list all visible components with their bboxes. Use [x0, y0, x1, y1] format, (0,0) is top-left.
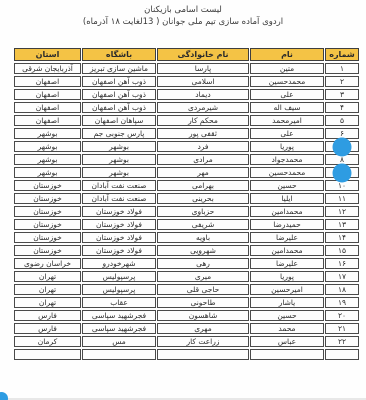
- cell-text: ۱۵: [338, 246, 346, 255]
- cell-surname: حاجی قلی: [157, 284, 249, 295]
- cell-number: ۱۷: [325, 271, 359, 282]
- cell-text: فولاد خوزستان: [96, 207, 142, 216]
- table-row: ۲۰حسینشاهسونفجرشهید سپاسیفارس: [14, 310, 359, 321]
- cell-text: خراسان رضوی: [24, 259, 71, 268]
- cell-surname: پارسا: [157, 63, 249, 74]
- cell-name: امیرمحمد: [250, 115, 324, 126]
- cell-text: باویه: [196, 233, 210, 242]
- cell-surname: میری: [157, 271, 249, 282]
- table-row: ۱۹یاشارطاحونیعقابتهران: [14, 297, 359, 308]
- cell-surname: محکم کار: [157, 115, 249, 126]
- cell-surname: زراعت کار: [157, 336, 249, 347]
- cell-club: [82, 349, 156, 360]
- cell-number: ۲: [325, 76, 359, 87]
- cell-text: خوزستان: [33, 207, 61, 216]
- cell-name: حسین: [250, 310, 324, 321]
- cell-text: اصفهان: [36, 103, 60, 112]
- table-row: ۱متینپارساماشین سازی تبریزآذربایجان شرقی: [14, 63, 359, 74]
- cell-text: بهرامی: [192, 181, 214, 190]
- table-row: ۳علیدیمادذوب آهن اصفهاناصفهان: [14, 89, 359, 100]
- cell-text: ۲: [340, 77, 344, 86]
- cell-number: ۲۰: [325, 310, 359, 321]
- cell-text: رهی: [196, 259, 210, 268]
- col-header-province: استان: [14, 48, 81, 61]
- cell-text: مرادی: [193, 155, 212, 164]
- cell-text: محمد: [278, 324, 295, 333]
- title-line-2: اردوی آماده سازی تیم ملی جوانان ( 13لغای…: [0, 17, 366, 29]
- table-row: ۵امیرمحمدمحکم کارسپاهان اصفهاناصفهان: [14, 115, 359, 126]
- cell-text: فولاد خوزستان: [96, 246, 142, 255]
- cell-text: ۱۳: [338, 220, 346, 229]
- cell-province: تهران: [14, 297, 81, 308]
- cell-name: علی: [250, 89, 324, 100]
- cell-text: پرسپولیس: [103, 272, 136, 281]
- cell-text: سیف اله: [273, 103, 300, 112]
- cell-text: تهران: [39, 285, 56, 294]
- cell-surname: مرادی: [157, 154, 249, 165]
- cell-text: ایلیا: [281, 194, 292, 203]
- cell-text: شریفی: [192, 220, 215, 229]
- cell-club: سپاهان اصفهان: [82, 115, 156, 126]
- cell-province: خوزستان: [14, 193, 81, 204]
- cell-text: فارس: [38, 311, 57, 320]
- cell-text: علیرضا: [276, 259, 298, 268]
- cell-club: فولاد خوزستان: [82, 206, 156, 217]
- cell-province: آذربایجان شرقی: [14, 63, 81, 74]
- cell-text: امیرحسین: [271, 285, 303, 294]
- cell-text: حاجی قلی: [187, 285, 220, 294]
- cell-text: حسین: [277, 311, 296, 320]
- cell-club: ماشین سازی تبریز: [82, 63, 156, 74]
- cell-text: عباس: [278, 337, 296, 346]
- cell-number: ۱۱: [325, 193, 359, 204]
- cell-number: ۳: [325, 89, 359, 100]
- cell-club: ذوب آهن اصفهان: [82, 76, 156, 87]
- cell-text: صنعت نفت آبادان: [91, 194, 146, 203]
- cell-text: محمدامین: [271, 246, 302, 255]
- cell-text: بوشهر: [38, 142, 58, 151]
- cell-text: خوزستان: [33, 181, 61, 190]
- cell-number: ۱۴: [325, 232, 359, 243]
- cell-name: حمیدرضا: [250, 219, 324, 230]
- cell-surname: شریفی: [157, 219, 249, 230]
- cell-number: ۱۳: [325, 219, 359, 230]
- cell-name: ایلیا: [250, 193, 324, 204]
- cell-text: ۲۱: [338, 324, 346, 333]
- cell-text: شیرمردی: [188, 103, 218, 112]
- cell-number: ۱۹: [325, 297, 359, 308]
- cell-text: فجرشهید سپاسی: [92, 311, 146, 320]
- cell-text: ۱۹: [338, 298, 346, 307]
- col-header-club: باشگاه: [82, 48, 156, 61]
- redaction-dot: [333, 163, 352, 182]
- cell-text: صنعت نفت آبادان: [91, 181, 146, 190]
- cell-text: حمیدرضا: [273, 220, 300, 229]
- cell-text: بحرینی: [192, 194, 214, 203]
- cell-text: ثقفی پور: [189, 129, 217, 138]
- cell-text: حسین: [277, 181, 296, 190]
- table-header-row: شماره نام نام خانوادگی باشگاه استان: [14, 48, 359, 61]
- cell-text: بوشهر: [109, 142, 129, 151]
- cell-club: ذوب آهن اصفهان: [82, 102, 156, 113]
- cell-surname: رهی: [157, 258, 249, 269]
- cell-number: ۱۲: [325, 206, 359, 217]
- cell-surname: فرد: [157, 141, 249, 152]
- cell-name: پوریا: [250, 141, 324, 152]
- cell-text: محکم کار: [188, 116, 218, 125]
- cell-text: ۱۶: [338, 259, 346, 268]
- cell-name: متین: [250, 63, 324, 74]
- cell-text: خوزستان: [33, 233, 61, 242]
- cell-text: حزباوی: [192, 207, 215, 216]
- col-header-number: شماره: [325, 48, 359, 61]
- cell-text: فارس: [38, 324, 57, 333]
- cell-text: ۲۲: [338, 337, 346, 346]
- cell-province: کرمان: [14, 336, 81, 347]
- cell-text: پارس جنوبی جم: [94, 129, 145, 138]
- table-row: ۱۲محمدامینحزباویفولاد خوزستانخوزستان: [14, 206, 359, 217]
- cell-text: ۱۲: [338, 207, 346, 216]
- cell-text: کرمان: [38, 337, 58, 346]
- cell-club: بوشهر: [82, 154, 156, 165]
- cell-text: خوزستان: [33, 220, 61, 229]
- cell-name: عباس: [250, 336, 324, 347]
- cell-text: سپاهان اصفهان: [95, 116, 143, 125]
- cell-name: علی: [250, 128, 324, 139]
- cell-province: تهران: [14, 284, 81, 295]
- cell-text: مهر: [197, 168, 209, 177]
- table-row: [14, 349, 359, 360]
- cell-province: بوشهر: [14, 128, 81, 139]
- cell-text: علیرضا: [276, 233, 298, 242]
- cell-number: ۱۵: [325, 245, 359, 256]
- cell-province: بوشهر: [14, 141, 81, 152]
- cell-text: علی: [280, 129, 293, 138]
- table-row: ۲محمدحسیناسلامیذوب آهن اصفهاناصفهان: [14, 76, 359, 87]
- cell-text: ماشین سازی تبریز: [90, 64, 148, 73]
- cell-club: فولاد خوزستان: [82, 232, 156, 243]
- col-header-name: نام: [250, 48, 324, 61]
- cell-surname: شاهسون: [157, 310, 249, 321]
- cell-club: شهرخودرو: [82, 258, 156, 269]
- cell-name: محمد: [250, 323, 324, 334]
- cell-number: ۲۲: [325, 336, 359, 347]
- cell-surname: بحرینی: [157, 193, 249, 204]
- table-row: ۲۲عباسزراعت کارمسکرمان: [14, 336, 359, 347]
- cell-text: بوشهر: [38, 129, 58, 138]
- cell-name: سیف اله: [250, 102, 324, 113]
- cell-text: ذوب آهن اصفهان: [92, 103, 146, 112]
- cell-text: اصفهان: [36, 116, 60, 125]
- cell-text: فولاد خوزستان: [96, 233, 142, 242]
- cell-text: فولاد خوزستان: [96, 220, 142, 229]
- cell-club: پارس جنوبی جم: [82, 128, 156, 139]
- table-row: ۱۷پوریامیریپرسپولیستهران: [14, 271, 359, 282]
- cell-club: فولاد خوزستان: [82, 245, 156, 256]
- cell-surname: باویه: [157, 232, 249, 243]
- cell-text: شهرویی: [190, 246, 216, 255]
- cell-surname: بهرامی: [157, 180, 249, 191]
- cell-text: عقاب: [110, 298, 128, 307]
- table-row: ۲۱محمدمهریفجرشهید سپاسیفارس: [14, 323, 359, 334]
- cell-text: میری: [195, 272, 211, 281]
- cell-club: فجرشهید سپاسی: [82, 310, 156, 321]
- cell-name: [250, 349, 324, 360]
- table-row: ۸محمدجوادمرادیبوشهربوشهر: [14, 154, 359, 165]
- cell-text: ۵: [340, 116, 344, 125]
- cell-text: بوشهر: [109, 155, 129, 164]
- cell-text: مس: [112, 337, 126, 346]
- cell-surname: شیرمردی: [157, 102, 249, 113]
- cell-province: اصفهان: [14, 89, 81, 100]
- cell-text: امیرمحمد: [272, 116, 302, 125]
- cell-text: ۱۸: [338, 285, 346, 294]
- cell-text: علی: [280, 90, 293, 99]
- table-row: ۱۳حمیدرضاشریفیفولاد خوزستانخوزستان: [14, 219, 359, 230]
- cell-province: خوزستان: [14, 245, 81, 256]
- cell-name: امیرحسین: [250, 284, 324, 295]
- table-row: ۴سیف الهشیرمردیذوب آهن اصفهاناصفهان: [14, 102, 359, 113]
- cell-text: ۱۱: [338, 194, 346, 203]
- cell-club: صنعت نفت آبادان: [82, 180, 156, 191]
- cell-name: محمدجواد: [250, 154, 324, 165]
- table-row: پوریافردبوشهربوشهر: [14, 141, 359, 152]
- cell-name: محمدحسین: [250, 76, 324, 87]
- cell-name: محمدامین: [250, 206, 324, 217]
- cell-number: [325, 167, 359, 178]
- cell-text: ذوب آهن اصفهان: [92, 77, 146, 86]
- cell-surname: دیماد: [157, 89, 249, 100]
- cell-text: تهران: [39, 298, 56, 307]
- players-table: شماره نام نام خانوادگی باشگاه استان ۱متی…: [13, 46, 360, 362]
- cell-club: پرسپولیس: [82, 284, 156, 295]
- cell-text: ۱۰: [338, 181, 346, 190]
- cell-text: فرد: [197, 142, 208, 151]
- table-row: ۶علیثقفی پورپارس جنوبی جمبوشهر: [14, 128, 359, 139]
- cell-text: محمدحسین: [269, 77, 305, 86]
- cell-text: ۱۷: [338, 272, 346, 281]
- cell-number: ۱۸: [325, 284, 359, 295]
- table-row: ۱۶علیرضارهیشهرخودروخراسان رضوی: [14, 258, 359, 269]
- cell-surname: مهری: [157, 323, 249, 334]
- cell-club: مس: [82, 336, 156, 347]
- cell-text: بوشهر: [38, 155, 58, 164]
- cell-club: فجرشهید سپاسی: [82, 323, 156, 334]
- cell-text: اصفهان: [36, 90, 60, 99]
- cell-text: زراعت کار: [186, 337, 219, 346]
- cell-text: بوشهر: [109, 168, 129, 177]
- redaction-dot: [333, 137, 352, 156]
- cell-province: خراسان رضوی: [14, 258, 81, 269]
- cell-club: فولاد خوزستان: [82, 219, 156, 230]
- table-row: محمدحسینمهربوشهربوشهر: [14, 167, 359, 178]
- cell-surname: شهرویی: [157, 245, 249, 256]
- cell-text: ۱۴: [338, 233, 346, 242]
- table-row: ۱۱ایلیابحرینیصنعت نفت آبادانخوزستان: [14, 193, 359, 204]
- cell-province: اصفهان: [14, 76, 81, 87]
- cell-name: علیرضا: [250, 232, 324, 243]
- cell-name: پوریا: [250, 271, 324, 282]
- cell-number: [325, 141, 359, 152]
- cell-text: ذوب آهن اصفهان: [92, 90, 146, 99]
- cell-name: حسین: [250, 180, 324, 191]
- cell-text: ۳: [340, 90, 344, 99]
- table-row: ۱۰حسینبهرامیصنعت نفت آبادانخوزستان: [14, 180, 359, 191]
- cell-text: محمدجواد: [271, 155, 302, 164]
- col-header-surname: نام خانوادگی: [157, 48, 249, 61]
- cell-text: آذربایجان شرقی: [22, 64, 73, 73]
- cell-name: محمدحسین: [250, 167, 324, 178]
- cell-text: ۲۰: [338, 311, 346, 320]
- cell-province: خوزستان: [14, 219, 81, 230]
- cell-name: علیرضا: [250, 258, 324, 269]
- cell-number: ۱: [325, 63, 359, 74]
- cell-number: ۵: [325, 115, 359, 126]
- document-title: لیست اسامی بازیکنان اردوی آماده سازی تیم…: [0, 0, 366, 29]
- cell-club: بوشهر: [82, 141, 156, 152]
- cell-text: دیماد: [195, 90, 210, 99]
- cell-text: طاحونی: [190, 298, 215, 307]
- cell-name: محمدامین: [250, 245, 324, 256]
- cell-number: ۴: [325, 102, 359, 113]
- cell-province: تهران: [14, 271, 81, 282]
- cell-text: پرسپولیس: [103, 285, 136, 294]
- cell-text: تهران: [39, 272, 56, 281]
- cell-province: فارس: [14, 323, 81, 334]
- title-line-1: لیست اسامی بازیکنان: [0, 5, 366, 17]
- cell-number: ۲۱: [325, 323, 359, 334]
- cell-province: خوزستان: [14, 232, 81, 243]
- cell-text: مهری: [194, 324, 211, 333]
- redaction-dot: [0, 392, 8, 400]
- cell-club: صنعت نفت آبادان: [82, 193, 156, 204]
- cell-text: شهرخودرو: [103, 259, 136, 268]
- table-body: ۱متینپارساماشین سازی تبریزآذربایجان شرقی…: [14, 63, 359, 360]
- cell-province: بوشهر: [14, 167, 81, 178]
- cell-text: پوریا: [280, 142, 294, 151]
- scanned-document: لیست اسامی بازیکنان اردوی آماده سازی تیم…: [0, 0, 366, 400]
- cell-text: یاشار: [279, 298, 296, 307]
- cell-province: فارس: [14, 310, 81, 321]
- cell-text: خوزستان: [33, 194, 61, 203]
- cell-province: خوزستان: [14, 206, 81, 217]
- cell-text: پوریا: [280, 272, 294, 281]
- cell-text: محمدامین: [271, 207, 302, 216]
- cell-club: بوشهر: [82, 167, 156, 178]
- cell-surname: ثقفی پور: [157, 128, 249, 139]
- cell-text: محمدحسین: [269, 168, 305, 177]
- cell-number: [325, 349, 359, 360]
- cell-surname: مهر: [157, 167, 249, 178]
- cell-text: خوزستان: [33, 246, 61, 255]
- cell-province: بوشهر: [14, 154, 81, 165]
- cell-province: خوزستان: [14, 180, 81, 191]
- cell-club: پرسپولیس: [82, 271, 156, 282]
- cell-text: متین: [280, 64, 294, 73]
- cell-text: ۴: [340, 103, 344, 112]
- cell-text: پارسا: [195, 64, 212, 73]
- cell-text: فجرشهید سپاسی: [92, 324, 146, 333]
- cell-surname: [157, 349, 249, 360]
- cell-surname: طاحونی: [157, 297, 249, 308]
- cell-province: اصفهان: [14, 102, 81, 113]
- cell-province: [14, 349, 81, 360]
- cell-text: اصفهان: [36, 77, 60, 86]
- table-row: ۱۵محمدامینشهروییفولاد خوزستانخوزستان: [14, 245, 359, 256]
- cell-text: ۱: [340, 64, 344, 73]
- cell-name: یاشار: [250, 297, 324, 308]
- cell-province: اصفهان: [14, 115, 81, 126]
- table-row: ۱۴علیرضاباویهفولاد خوزستانخوزستان: [14, 232, 359, 243]
- cell-text: شاهسون: [189, 311, 218, 320]
- cell-club: عقاب: [82, 297, 156, 308]
- cell-surname: اسلامی: [157, 76, 249, 87]
- cell-text: بوشهر: [38, 168, 58, 177]
- cell-number: ۱۶: [325, 258, 359, 269]
- cell-text: اسلامی: [191, 77, 214, 86]
- table-row: ۱۸امیرحسینحاجی قلیپرسپولیستهران: [14, 284, 359, 295]
- cell-club: ذوب آهن اصفهان: [82, 89, 156, 100]
- cell-surname: حزباوی: [157, 206, 249, 217]
